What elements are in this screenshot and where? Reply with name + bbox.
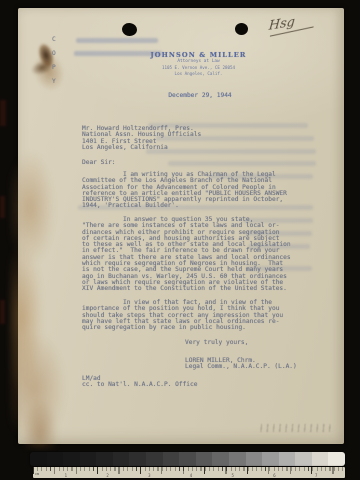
letterhead: JOHNSON & MILLER Attorneys at Law 1105 E… — [118, 51, 279, 76]
bleed-through-text — [76, 38, 158, 43]
list-item: 1944, 'Practical Builder'. — [82, 203, 287, 209]
handwritten-note: Hsg — [267, 9, 329, 45]
list-item — [279, 452, 296, 466]
list-item: C — [52, 37, 56, 51]
body-paragraph-3: In view of that fact, and in view of the… — [82, 300, 283, 331]
list-item: quire segregation by race in public hous… — [82, 325, 283, 331]
list-item — [179, 452, 196, 466]
list-item — [30, 452, 47, 466]
grayscale-calibration-bar — [30, 452, 345, 466]
reference-block: LM/adcc. to Nat'l. N.A.A.C.P. Office — [82, 376, 197, 389]
list-item — [146, 452, 163, 466]
film-edge-mark — [0, 100, 6, 126]
list-item: 4 — [170, 473, 212, 478]
list-item: XIV Amendment to the Constitution of the… — [82, 286, 291, 292]
recipient-address: Mr. Howard Holtzendorff, Pres.National A… — [82, 126, 201, 151]
list-item — [262, 452, 279, 466]
body-paragraph-1: I am writing you as Chairman of the Lega… — [82, 172, 287, 210]
list-item — [113, 452, 130, 466]
list-item — [129, 452, 146, 466]
list-item: 1 — [45, 473, 87, 478]
letterhead-firm-name: JOHNSON & MILLER — [118, 51, 279, 59]
list-item — [312, 452, 329, 466]
list-item — [229, 452, 246, 466]
bleed-through-text — [168, 161, 316, 166]
list-item: Legal Comm., N.A.A.C.P. (L.A.) — [185, 364, 297, 370]
list-item: 6 — [254, 473, 296, 478]
list-item — [63, 452, 80, 466]
list-item — [47, 452, 64, 466]
list-item — [295, 452, 312, 466]
punch-hole — [235, 23, 248, 35]
list-item: 5 — [212, 473, 254, 478]
faint-pencil-note — [256, 424, 332, 432]
ink-stain — [16, 32, 81, 106]
list-item — [96, 452, 113, 466]
punch-hole — [121, 22, 138, 37]
ruler-scale: cm 1234567 — [33, 467, 345, 478]
film-edge-mark — [0, 300, 5, 324]
letterhead-city: Los Angeles, Calif. — [118, 71, 279, 77]
list-item: Y — [52, 79, 56, 93]
water-stain — [10, 148, 88, 448]
list-item: 7 — [295, 473, 337, 478]
letter-page: Hsg COPY JOHNSON & MILLER Attorneys at L… — [18, 8, 344, 444]
list-item — [196, 452, 213, 466]
list-item: cc. to Nat'l. N.A.A.C.P. Office — [82, 382, 197, 388]
list-item — [212, 452, 229, 466]
list-item: 3 — [128, 473, 170, 478]
film-edge-mark — [0, 196, 5, 218]
signature-block: LOREN MILLER, Chrm.Legal Comm., N.A.A.C.… — [185, 358, 297, 371]
list-item: O — [52, 51, 56, 65]
list-item — [246, 452, 263, 466]
ruler-unit-label: cm — [35, 472, 39, 476]
copy-marker: COPY — [52, 37, 56, 93]
scanned-letter-screenshot: { "annotations": { "handwritten_note": "… — [0, 0, 360, 480]
list-item: P — [52, 65, 56, 79]
salutation: Dear Sir: — [82, 160, 116, 166]
date-line: December 29, 1944 — [120, 93, 280, 99]
list-item: 2 — [87, 473, 129, 478]
body-paragraph-2: In answer to question 35 you state,"Ther… — [82, 217, 291, 293]
list-item: Los Angeles, California — [82, 145, 201, 151]
closing-line: Very truly yours, — [185, 340, 248, 346]
ruler-numbers: 1234567 — [45, 473, 337, 478]
list-item — [328, 452, 345, 466]
list-item — [80, 452, 97, 466]
list-item — [163, 452, 180, 466]
